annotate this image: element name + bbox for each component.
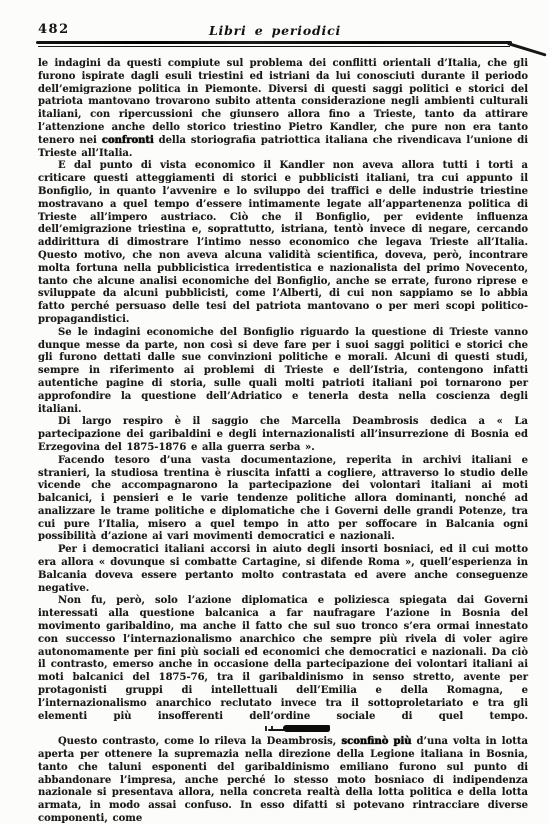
body-paragraph: le indagini da questi compiute sul probl… (38, 58, 528, 160)
running-title: Libri e periodici (0, 23, 550, 38)
header-rule-top (36, 41, 512, 44)
paragraph-run: Facendo tesoro d’una vasta documentazion… (38, 455, 528, 543)
paragraph-run: Di largo respiro è il saggio che Marcell… (38, 416, 528, 453)
paragraph-run: d’una volta in lotta aperta per ottenere… (38, 736, 528, 824)
body-paragraph: Se le indagini economiche del Bonfiglio … (38, 327, 528, 417)
scanned-book-page: 482 Libri e periodici le indagini da que… (0, 0, 550, 824)
paragraph-run: Per i democratici italiani accorsi in ai… (38, 544, 528, 593)
ink-smudge (283, 725, 330, 732)
body-paragraph: Non fu, però, solo l’azione diplomatica … (38, 595, 528, 736)
body-paragraph: Per i democratici italiani accorsi in ai… (38, 544, 528, 595)
header-rule-tail (508, 42, 547, 56)
paragraph-run: E dal punto di vista economico il Kandle… (38, 160, 528, 325)
paragraph-run: Questo contrasto, come lo rileva la Deam… (58, 736, 341, 747)
smudged-word: confronti (102, 135, 154, 146)
body-paragraph: E dal punto di vista economico il Kandle… (38, 160, 528, 326)
paragraph-run: le indagini da questi compiute sul probl… (38, 58, 528, 146)
body-paragraph: Questo contrasto, come lo rileva la Deam… (38, 736, 528, 824)
body-paragraph: Di largo respiro è il saggio che Marcell… (38, 416, 528, 454)
page-text-block: le indagini da questi compiute sul probl… (38, 58, 528, 824)
paragraph-run: Non fu, però, solo l’azione diplomatica … (38, 595, 528, 721)
header-rule-bottom (38, 46, 510, 48)
paragraph-run: Se le indagini economiche del Bonfiglio … (38, 327, 528, 415)
smudged-word: sconfinò più (341, 736, 411, 747)
body-paragraph: Facendo tesoro d’una vasta documentazion… (38, 455, 528, 545)
